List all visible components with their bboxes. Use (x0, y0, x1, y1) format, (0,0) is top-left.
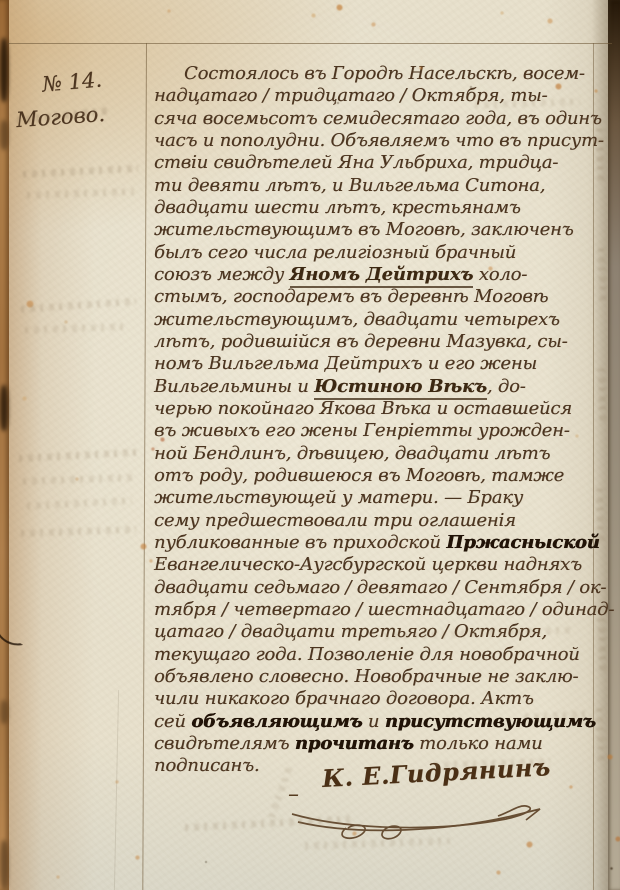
overwritten-word: Пржасныской (446, 532, 599, 553)
text-segment: Состоялось въ Городѣ Насельскѣ, восем- (184, 63, 585, 84)
foxing-spot (26, 300, 34, 308)
text-segment: двадцати шести лѣтъ, крестьянамъ (154, 197, 521, 218)
foxing-spot (56, 875, 60, 879)
text-line-31: свидѣтелямъ прочитанъ только нами (154, 733, 596, 755)
text-line-30: сей объявляющимъ и присутствующимъ (154, 711, 596, 733)
text-line-16: черью покойнаго Якова Вѣка и оставшейся (154, 398, 596, 420)
text-segment: цатаго / двадцати третьяго / Октября, (154, 621, 547, 642)
text-line-5: ствіи свидѣтелей Яна Ульбриха, тридца- (154, 152, 596, 174)
paper-crease (114, 690, 119, 890)
text-line-9: былъ сего числа религіозный брачный (154, 242, 596, 264)
bleed-through-stroke (14, 449, 139, 463)
underlined-name: Юстиною Вѣкъ (314, 376, 487, 400)
foxing-spot (149, 559, 153, 563)
foxing-spot (75, 477, 79, 481)
text-segment: лѣтъ, родившійся въ деревни Мазувка, сы- (154, 331, 568, 352)
text-line-27: текущаго года. Позволеніе для новобрачно… (154, 644, 596, 666)
text-segment: номъ Вильгельма Дейтрихъ и его жены (154, 353, 537, 374)
text-line-15: Вильгельмины и Юстиною Вѣкъ, до- (154, 376, 596, 398)
text-segment: подписанъ. (154, 755, 259, 776)
foxing-spot (22, 396, 27, 401)
text-segment: въ живыхъ его жены Генріетты урожден- (154, 420, 570, 441)
right-page-edge (608, 0, 620, 890)
text-segment: ти девяти лѣтъ, и Вильгельма Ситона, (154, 175, 545, 196)
foxing-spot (496, 870, 501, 875)
text-line-4: часъ и пополудни. Объявляемъ что въ прис… (154, 130, 596, 152)
text-segment: жительствующимъ, двадцати четырехъ (154, 309, 560, 330)
text-line-17: въ живыхъ его жены Генріетты урожден- (154, 420, 596, 442)
text-segment: сему предшествовали три оглашенія (154, 510, 516, 531)
text-segment: ствіи свидѣтелей Яна Ульбриха, тридца- (154, 152, 558, 173)
bleed-through-stroke (22, 497, 132, 510)
text-segment: только нами (414, 733, 543, 754)
text-segment: сей (154, 711, 191, 732)
text-line-19: отъ роду, родившеюся въ Моговѣ, тамже (154, 465, 596, 487)
foxing-spot (569, 785, 573, 789)
text-segment: Вильгельмины и (154, 376, 314, 397)
text-line-3: сяча восемьсотъ семидесятаго года, въ од… (154, 108, 596, 130)
overwritten-word: объявляющимъ (191, 711, 362, 732)
text-segment: жительствующей у матери. — Браку (154, 487, 523, 508)
text-line-2: надцатаго / тридцатаго / Октября, ты- (154, 85, 596, 107)
underlined-name: Яномъ Дейтрихъ (290, 264, 474, 288)
text-segment: и (362, 711, 384, 732)
text-line-24: двадцати седьмаго / девятаго / Сентября … (154, 577, 596, 599)
text-segment: двадцати седьмаго / девятаго / Сентября … (154, 577, 606, 598)
foxing-spot (336, 4, 343, 11)
foxing-spot (205, 861, 207, 863)
text-line-13: лѣтъ, родившійся въ деревни Мазувка, сы- (154, 331, 596, 353)
margin-ruled-line (142, 43, 147, 890)
overwritten-word: присутствующимъ (385, 711, 596, 732)
top-ruled-line (8, 43, 612, 44)
text-line-10: союзъ между Яномъ Дейтрихъ холо- (154, 264, 596, 286)
text-segment: стымъ, господаремъ въ деревнѣ Моговѣ (154, 286, 548, 307)
text-line-1: Состоялось въ Городѣ Насельскѣ, восем- (154, 63, 596, 85)
text-line-18: ной Бендлинъ, дѣвицею, двадцати лѣтъ (154, 443, 596, 465)
bleed-through-stroke (18, 474, 136, 485)
text-line-23: Евангелическо-Аугсбургской церкви наднях… (154, 554, 596, 576)
bleed-through-stroke (18, 165, 138, 178)
scanned-manuscript-page: { "page": { "colors": { "paper": "#e8e1c… (0, 0, 620, 890)
foxing-spot (371, 22, 376, 27)
text-segment: публикованные въ приходской (154, 532, 446, 553)
text-line-20: жительствующей у матери. — Браку (154, 487, 596, 509)
foxing-spot (500, 11, 504, 15)
text-segment: холо- (473, 264, 527, 285)
foxing-spot (311, 13, 316, 18)
text-line-11: стымъ, господаремъ въ деревнѣ Моговѣ (154, 286, 596, 308)
text-segment: былъ сего числа религіозный брачный (154, 242, 516, 263)
text-line-14: номъ Вильгельма Дейтрихъ и его жены (154, 353, 596, 375)
bleed-through-stroke (16, 526, 136, 537)
signature-flourish (288, 792, 550, 844)
text-line-26: цатаго / двадцати третьяго / Октября, (154, 621, 596, 643)
bleed-through-stroke (22, 188, 134, 199)
text-segment: объявлено словесно. Новобрачные не заклю… (154, 666, 578, 687)
manuscript-lines: Состоялось въ Городѣ Насельскѣ, восем-на… (154, 63, 596, 778)
text-line-21: сему предшествовали три оглашенія (154, 510, 596, 532)
foxing-spot (167, 9, 171, 13)
text-line-6: ти девяти лѣтъ, и Вильгельма Ситона, (154, 175, 596, 197)
foxing-spot (64, 320, 68, 324)
text-segment: отъ роду, родившеюся въ Моговѣ, тамже (154, 465, 564, 486)
text-segment: сяча восемьсотъ семидесятаго года, въ од… (154, 108, 602, 129)
left-binding-edge (0, 0, 9, 890)
text-line-29: чили никакого брачнаго договора. Актъ (154, 688, 596, 710)
text-segment: текущаго года. Позволеніе для новобрачно… (154, 644, 580, 665)
text-segment: , до- (487, 376, 526, 397)
text-line-28: объявлено словесно. Новобрачные не заклю… (154, 666, 596, 688)
overwritten-word: прочитанъ (295, 733, 414, 754)
text-line-25: тября / четвертаго / шестнадцатаго / оди… (154, 599, 596, 621)
foxing-spot (135, 855, 140, 860)
text-segment: часъ и пополудни. Объявляемъ что въ прис… (154, 130, 604, 151)
text-segment: тября / четвертаго / шестнадцатаго / оди… (154, 599, 614, 620)
bleed-through-stroke (20, 323, 125, 334)
text-segment: чили никакого брачнаго договора. Актъ (154, 688, 534, 709)
text-line-8: жительствующимъ въ Моговѣ, заключенъ (154, 219, 596, 241)
text-segment: надцатаго / тридцатаго / Октября, ты- (154, 85, 547, 106)
text-line-7: двадцати шести лѣтъ, крестьянамъ (154, 197, 596, 219)
text-segment: свидѣтелямъ (154, 733, 295, 754)
record-number: № 14. (41, 67, 103, 96)
record-place-label: Могово. (15, 102, 105, 132)
foxing-spot (547, 18, 553, 24)
bleed-through-stroke (16, 298, 136, 313)
text-line-12: жительствующимъ, двадцати четырехъ (154, 309, 596, 331)
text-segment: жительствующимъ въ Моговѣ, заключенъ (154, 219, 574, 240)
text-segment: ной Бендлинъ, дѣвицею, двадцати лѣтъ (154, 443, 550, 464)
text-segment: черью покойнаго Якова Вѣка и оставшейся (154, 398, 572, 419)
text-segment: Евангелическо-Аугсбургской церкви наднях… (154, 554, 582, 575)
text-line-22: публикованные въ приходской Пржасныской (154, 532, 596, 554)
text-segment: союзъ между (154, 264, 290, 285)
